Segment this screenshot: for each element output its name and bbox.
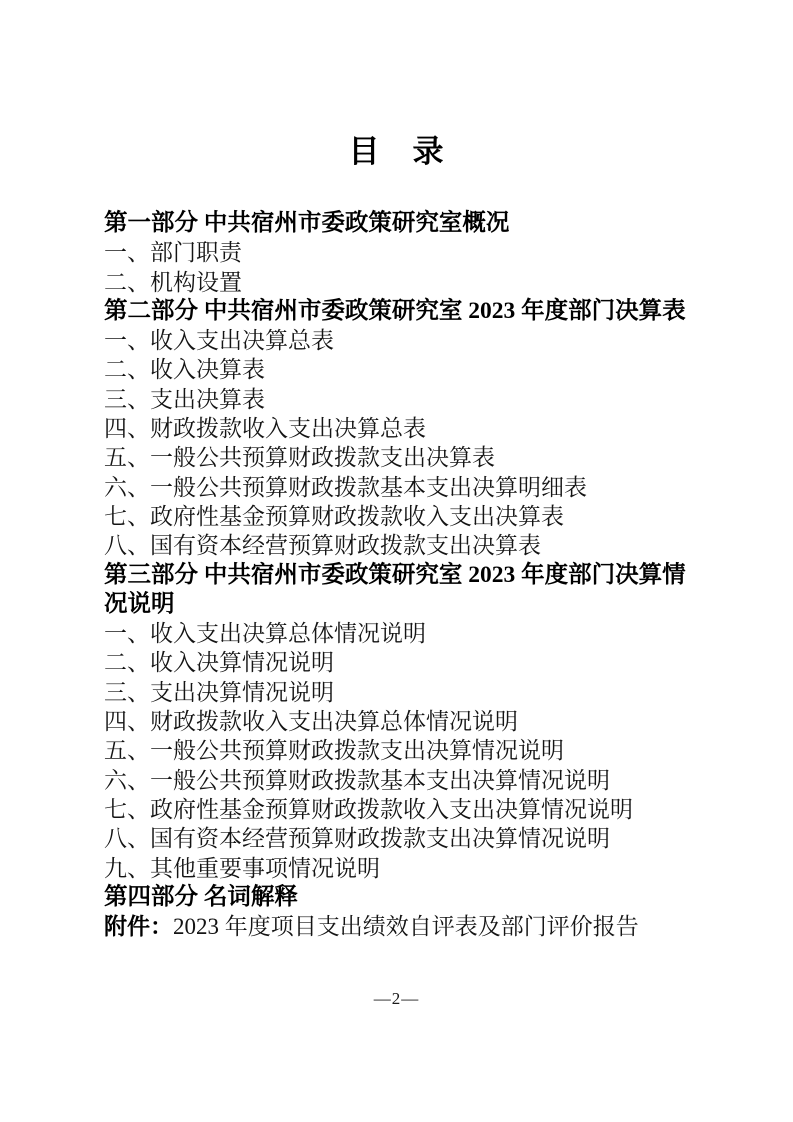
toc-item: 一、部门职责 bbox=[104, 238, 694, 267]
toc-item: 一、收入支出决算总体情况说明 bbox=[104, 619, 694, 648]
toc-item: 六、一般公共预算财政拨款基本支出决算明细表 bbox=[104, 473, 694, 502]
toc-section-heading: 第四部分 名词解释 bbox=[104, 883, 694, 912]
toc-item: 八、国有资本经营预算财政拨款支出决算表 bbox=[104, 531, 694, 560]
toc-item: 一、收入支出决算总表 bbox=[104, 326, 694, 355]
toc-item: 九、其他重要事项情况说明 bbox=[104, 854, 694, 883]
toc-item: 三、支出决算情况说明 bbox=[104, 678, 694, 707]
toc-item: 五、一般公共预算财政拨款支出决算情况说明 bbox=[104, 736, 694, 765]
toc-item: 三、支出决算表 bbox=[104, 385, 694, 414]
attachment-text: 2023 年度项目支出绩效自评表及部门评价报告 bbox=[173, 914, 639, 939]
toc-item: 七、政府性基金预算财政拨款收入支出决算情况说明 bbox=[104, 795, 694, 824]
toc-item: 二、收入决算情况说明 bbox=[104, 648, 694, 677]
toc-attachment: 附件：2023 年度项目支出绩效自评表及部门评价报告 bbox=[104, 912, 694, 941]
toc-item: 六、一般公共预算财政拨款基本支出决算情况说明 bbox=[104, 766, 694, 795]
attachment-label: 附件： bbox=[104, 914, 173, 939]
page-title: 目 录 bbox=[0, 133, 793, 171]
toc-item: 二、收入决算表 bbox=[104, 355, 694, 384]
page-number: —2— bbox=[374, 989, 420, 1008]
toc-item: 二、机构设置 bbox=[104, 268, 694, 297]
toc-item: 四、财政拨款收入支出决算总表 bbox=[104, 414, 694, 443]
toc-section-heading: 第三部分 中共宿州市委政策研究室 2023 年度部门决算情况说明 bbox=[104, 561, 694, 620]
toc-list: 第一部分 中共宿州市委政策研究室概况一、部门职责二、机构设置第二部分 中共宿州市… bbox=[104, 209, 694, 941]
toc-item: 四、财政拨款收入支出决算总体情况说明 bbox=[104, 707, 694, 736]
toc-section-heading: 第一部分 中共宿州市委政策研究室概况 bbox=[104, 209, 694, 238]
toc-item: 七、政府性基金预算财政拨款收入支出决算表 bbox=[104, 502, 694, 531]
toc-item: 八、国有资本经营预算财政拨款支出决算情况说明 bbox=[104, 824, 694, 853]
document-page: 目 录 第一部分 中共宿州市委政策研究室概况一、部门职责二、机构设置第二部分 中… bbox=[0, 0, 793, 1122]
page-footer: —2— bbox=[0, 989, 793, 1009]
toc-section-heading: 第二部分 中共宿州市委政策研究室 2023 年度部门决算表 bbox=[104, 297, 694, 326]
toc-item: 五、一般公共预算财政拨款支出决算表 bbox=[104, 443, 694, 472]
